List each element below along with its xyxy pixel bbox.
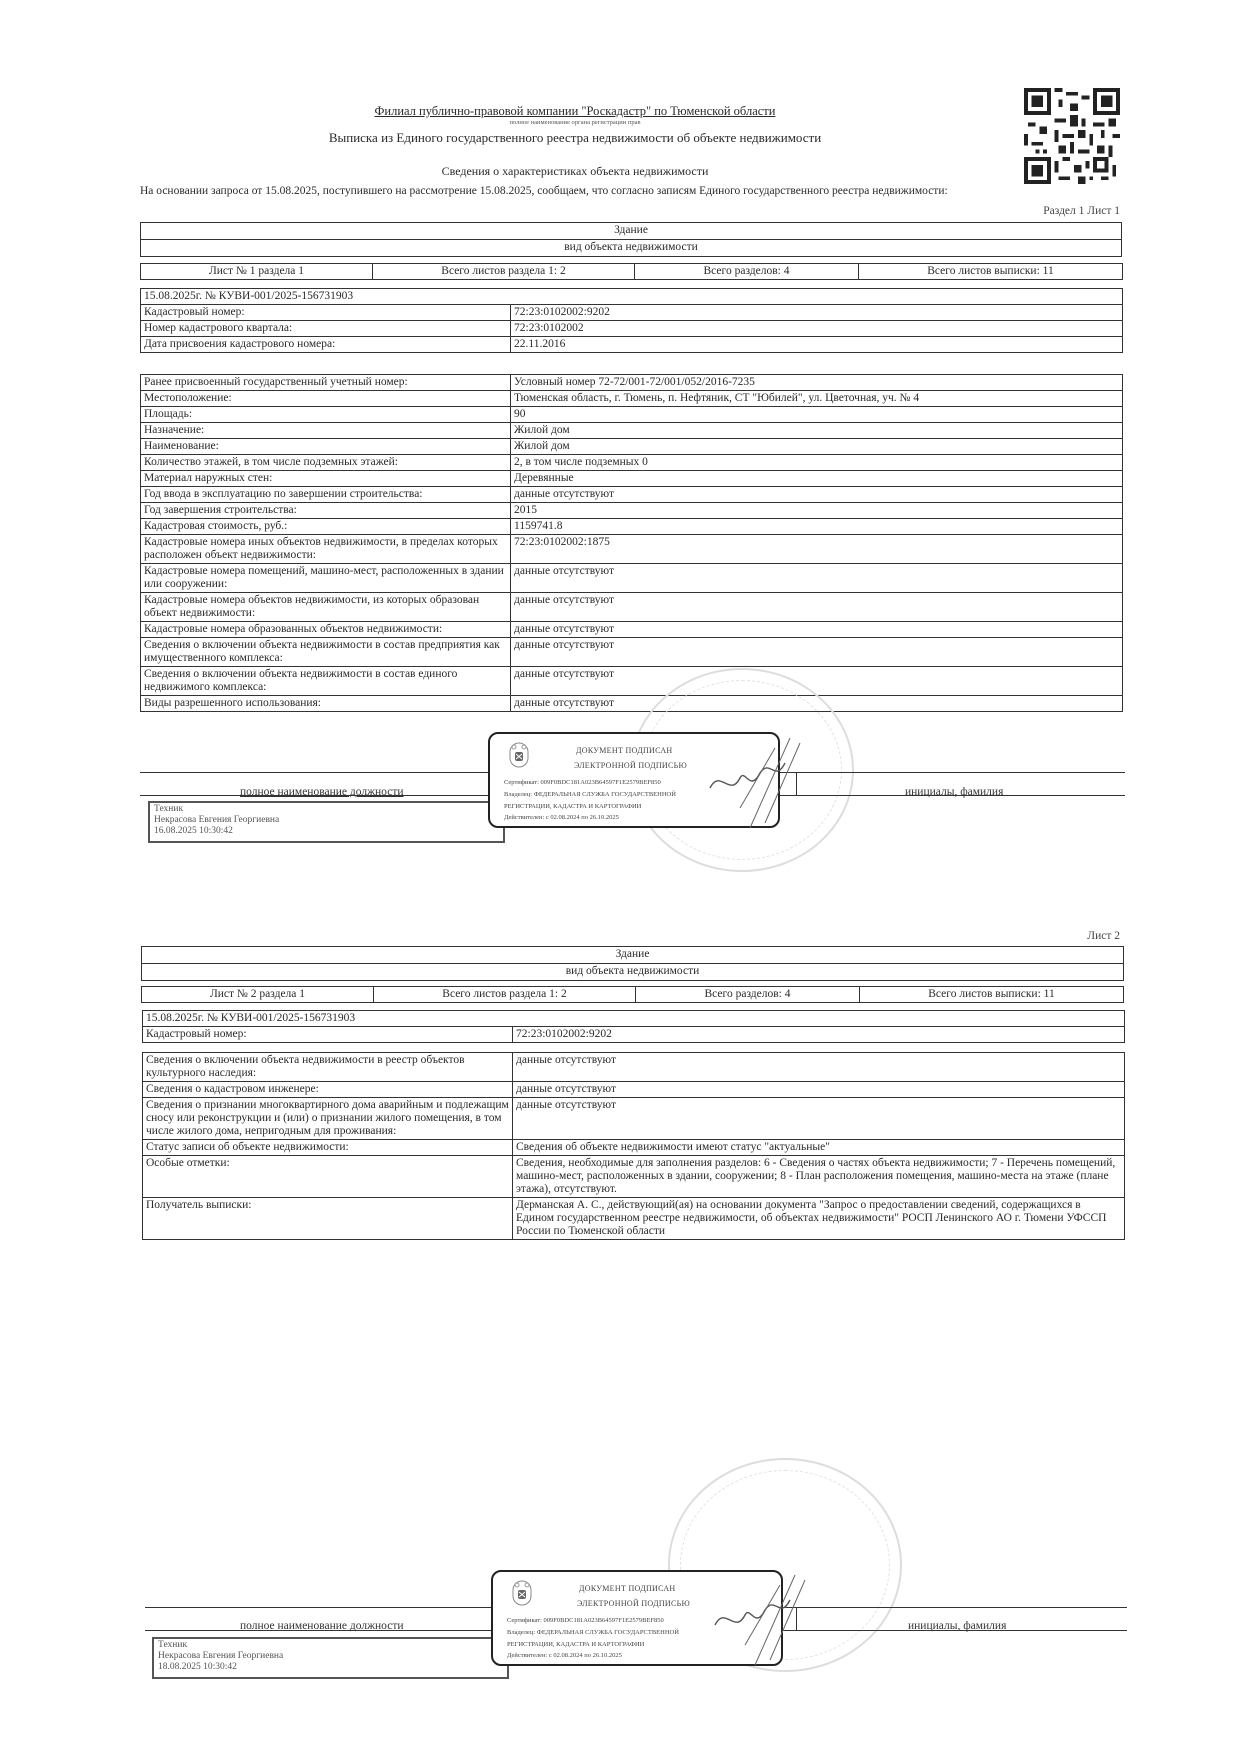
row-value: Жилой дом bbox=[511, 423, 1123, 439]
row-value: данные отсутствуют bbox=[511, 622, 1123, 638]
sheet-number: Лист № 1 раздела 1 bbox=[141, 264, 373, 280]
table-row: Виды разрешенного использования:данные о… bbox=[141, 696, 1123, 712]
object-kind-caption-page1: вид объекта недвижимости bbox=[140, 239, 1122, 257]
document-subtitle: Сведения о характеристиках объекта недви… bbox=[0, 164, 1150, 179]
row-label: Сведения о кадастровом инженере: bbox=[143, 1082, 513, 1098]
row-label: Особые отметки: bbox=[143, 1156, 513, 1198]
row-value: данные отсутствуют bbox=[513, 1098, 1125, 1140]
esig-owner-cont: РЕГИСТРАЦИИ, КАДАСТРА И КАРТОГРАФИИ bbox=[507, 1641, 644, 1648]
organization-caption: полное наименование органа регистрации п… bbox=[0, 119, 1150, 126]
position-caption: полное наименование должности bbox=[240, 1620, 404, 1632]
row-label: Сведения о включении объекта недвижимост… bbox=[141, 667, 511, 696]
table-row: Кадастровый номер:72:23:0102002:9202 bbox=[141, 305, 1123, 321]
row-value: Сведения об объекте недвижимости имеют с… bbox=[513, 1140, 1125, 1156]
initials-caption: инициалы, фамилия bbox=[908, 1620, 1006, 1632]
row-value: Сведения, необходимые для заполнения раз… bbox=[513, 1156, 1125, 1198]
row-label: Год завершения строительства: bbox=[141, 503, 511, 519]
handwritten-signature-icon bbox=[700, 728, 820, 838]
object-kind-page2: Здание bbox=[141, 946, 1124, 964]
row-value: 1159741.8 bbox=[511, 519, 1123, 535]
sections-total: Всего разделов: 4 bbox=[636, 987, 860, 1003]
row-label: Количество этажей, в том числе подземных… bbox=[141, 455, 511, 471]
table-row: Кадастровые номера помещений, машино-мес… bbox=[141, 564, 1123, 593]
row-value: 72:23:0102002 bbox=[511, 321, 1123, 337]
request-basis: На основании запроса от 15.08.2025, пост… bbox=[140, 185, 948, 197]
row-label: Виды разрешенного использования: bbox=[141, 696, 511, 712]
row-value: 72:23:0102002:9202 bbox=[511, 305, 1123, 321]
row-value: данные отсутствуют bbox=[511, 564, 1123, 593]
signer-datetime: 18.08.2025 10:30:42 bbox=[158, 1662, 503, 1673]
esig-certificate: Сертификат: 009F0BDC181A023B64597F1E2579… bbox=[504, 779, 661, 786]
ident-table-page2: 15.08.2025г. № КУВИ-001/2025-156731903 К… bbox=[142, 1010, 1125, 1043]
row-label: Сведения о включении объекта недвижимост… bbox=[141, 638, 511, 667]
esig-certificate: Сертификат: 009F0BDC181A023B64597F1E2579… bbox=[507, 1617, 664, 1624]
row-label: Кадастровый номер: bbox=[141, 305, 511, 321]
esig-validity: Действителен: с 02.08.2024 по 26.10.2025 bbox=[504, 814, 619, 821]
row-label: Кадастровые номера иных объектов недвижи… bbox=[141, 535, 511, 564]
table-row: Ранее присвоенный государственный учетны… bbox=[141, 375, 1123, 391]
document-title: Выписка из Единого государственного реес… bbox=[0, 130, 1150, 146]
row-value: Условный номер 72-72/001-72/001/052/2016… bbox=[511, 375, 1123, 391]
row-label: Кадастровый номер: bbox=[143, 1027, 513, 1043]
row-value: данные отсутствуют bbox=[511, 487, 1123, 503]
esig-subtitle: ЭЛЕКТРОННОЙ ПОДПИСЬЮ bbox=[577, 1599, 690, 1608]
esig-subtitle: ЭЛЕКТРОННОЙ ПОДПИСЬЮ bbox=[574, 761, 687, 770]
table-row: Год ввода в эксплуатацию по завершении с… bbox=[141, 487, 1123, 503]
row-value: данные отсутствуют bbox=[511, 667, 1123, 696]
table-row: Наименование:Жилой дом bbox=[141, 439, 1123, 455]
table-row: Кадастровые номера образованных объектов… bbox=[141, 622, 1123, 638]
coat-of-arms-icon bbox=[507, 1578, 537, 1608]
signer-role: Техник bbox=[154, 804, 499, 815]
row-label: Статус записи об объекте недвижимости: bbox=[143, 1140, 513, 1156]
table-row: Назначение:Жилой дом bbox=[141, 423, 1123, 439]
row-label: Номер кадастрового квартала: bbox=[141, 321, 511, 337]
table-row: Местоположение:Тюменская область, г. Тюм… bbox=[141, 391, 1123, 407]
row-value: Деревянные bbox=[511, 471, 1123, 487]
sheet-label-page1: Раздел 1 Лист 1 bbox=[1043, 205, 1120, 217]
table-row: Сведения о признании многоквартирного до… bbox=[143, 1098, 1125, 1140]
esig-title: ДОКУМЕНТ ПОДПИСАН bbox=[576, 746, 673, 755]
table-row: Номер кадастрового квартала:72:23:010200… bbox=[141, 321, 1123, 337]
characteristics-table-page1: Ранее присвоенный государственный учетны… bbox=[140, 374, 1123, 712]
sheet-info-table-page1: Лист № 1 раздела 1 Всего листов раздела … bbox=[140, 263, 1123, 280]
row-value: 2, в том числе подземных 0 bbox=[511, 455, 1123, 471]
esig-owner: Владелец: ФЕДЕРАЛЬНАЯ СЛУЖБА ГОСУДАРСТВЕ… bbox=[507, 1629, 679, 1636]
signer-role: Техник bbox=[158, 1640, 503, 1651]
qr-code-icon bbox=[1024, 88, 1120, 184]
sheet-label-page2: Лист 2 bbox=[1087, 930, 1120, 942]
row-label: Дата присвоения кадастрового номера: bbox=[141, 337, 511, 353]
table-row: Кадастровые номера иных объектов недвижи… bbox=[141, 535, 1123, 564]
row-label: Сведения о включении объекта недвижимост… bbox=[143, 1053, 513, 1082]
table-row: Особые отметки:Сведения, необходимые для… bbox=[143, 1156, 1125, 1198]
signer-datetime: 16.08.2025 10:30:42 bbox=[154, 826, 499, 837]
initials-caption: инициалы, фамилия bbox=[905, 786, 1003, 798]
extract-sheets-total: Всего листов выписки: 11 bbox=[860, 987, 1124, 1003]
object-kind-caption-page2: вид объекта недвижимости bbox=[141, 963, 1124, 981]
row-label: Местоположение: bbox=[141, 391, 511, 407]
sheet-number: Лист № 2 раздела 1 bbox=[142, 987, 374, 1003]
extract-sheets-total: Всего листов выписки: 11 bbox=[859, 264, 1123, 280]
esig-title: ДОКУМЕНТ ПОДПИСАН bbox=[579, 1584, 676, 1593]
coat-of-arms-icon bbox=[504, 740, 534, 770]
row-label: Материал наружных стен: bbox=[141, 471, 511, 487]
row-label: Наименование: bbox=[141, 439, 511, 455]
row-label: Кадастровые номера объектов недвижимости… bbox=[141, 593, 511, 622]
row-value: 90 bbox=[511, 407, 1123, 423]
row-value: Жилой дом bbox=[511, 439, 1123, 455]
section-sheets-total: Всего листов раздела 1: 2 bbox=[373, 264, 635, 280]
row-value: Дерманская А. С., действующий(ая) на осн… bbox=[513, 1198, 1125, 1240]
table-row: Год завершения строительства:2015 bbox=[141, 503, 1123, 519]
esig-owner: Владелец: ФЕДЕРАЛЬНАЯ СЛУЖБА ГОСУДАРСТВЕ… bbox=[504, 791, 676, 798]
table-row: Кадастровая стоимость, руб.:1159741.8 bbox=[141, 519, 1123, 535]
table-row: Кадастровый номер:72:23:0102002:9202 bbox=[143, 1027, 1125, 1043]
section-sheets-total: Всего листов раздела 1: 2 bbox=[374, 987, 636, 1003]
row-value: данные отсутствуют bbox=[511, 638, 1123, 667]
row-value: данные отсутствуют bbox=[511, 593, 1123, 622]
row-value: 72:23:0102002:9202 bbox=[513, 1027, 1125, 1043]
table-row: Кадастровые номера объектов недвижимости… bbox=[141, 593, 1123, 622]
table-row: Материал наружных стен:Деревянные bbox=[141, 471, 1123, 487]
signer-box: Техник Некрасова Евгения Георгиевна 16.0… bbox=[148, 801, 505, 843]
row-label: Кадастровые номера помещений, машино-мес… bbox=[141, 564, 511, 593]
row-label: Площадь: bbox=[141, 407, 511, 423]
table-row: Площадь:90 bbox=[141, 407, 1123, 423]
esig-owner-cont: РЕГИСТРАЦИИ, КАДАСТРА И КАРТОГРАФИИ bbox=[504, 803, 641, 810]
row-value: данные отсутствуют bbox=[513, 1053, 1125, 1082]
row-value: Тюменская область, г. Тюмень, п. Нефтяни… bbox=[511, 391, 1123, 407]
sheet-info-table-page2: Лист № 2 раздела 1 Всего листов раздела … bbox=[141, 986, 1124, 1003]
signer-name: Некрасова Евгения Георгиевна bbox=[158, 1651, 503, 1662]
object-kind-page1: Здание bbox=[140, 222, 1122, 240]
table-row: Получатель выписки:Дерманская А. С., дей… bbox=[143, 1198, 1125, 1240]
table-row: Сведения о кадастровом инженере:данные о… bbox=[143, 1082, 1125, 1098]
row-label: Получатель выписки: bbox=[143, 1198, 513, 1240]
row-label: Назначение: bbox=[141, 423, 511, 439]
row-value: 2015 bbox=[511, 503, 1123, 519]
table-row: Дата присвоения кадастрового номера:22.1… bbox=[141, 337, 1123, 353]
table-row: Сведения о включении объекта недвижимост… bbox=[141, 667, 1123, 696]
esig-validity: Действителен: с 02.08.2024 по 26.10.2025 bbox=[507, 1652, 622, 1659]
row-label: Сведения о признании многоквартирного до… bbox=[143, 1098, 513, 1140]
organization-name: Филиал публично-правовой компании "Роска… bbox=[0, 104, 1150, 119]
characteristics-table-page2: Сведения о включении объекта недвижимост… bbox=[142, 1052, 1125, 1240]
signer-name: Некрасова Евгения Георгиевна bbox=[154, 815, 499, 826]
record-id: 15.08.2025г. № КУВИ-001/2025-156731903 bbox=[141, 289, 1123, 305]
row-value: 22.11.2016 bbox=[511, 337, 1123, 353]
handwritten-signature-icon bbox=[705, 1565, 825, 1675]
row-label: Ранее присвоенный государственный учетны… bbox=[141, 375, 511, 391]
sections-total: Всего разделов: 4 bbox=[635, 264, 859, 280]
table-row: Сведения о включении объекта недвижимост… bbox=[141, 638, 1123, 667]
table-row: Количество этажей, в том числе подземных… bbox=[141, 455, 1123, 471]
row-label: Кадастровая стоимость, руб.: bbox=[141, 519, 511, 535]
table-row: Сведения о включении объекта недвижимост… bbox=[143, 1053, 1125, 1082]
record-id: 15.08.2025г. № КУВИ-001/2025-156731903 bbox=[143, 1011, 1125, 1027]
row-value: 72:23:0102002:1875 bbox=[511, 535, 1123, 564]
table-row: Статус записи об объекте недвижимости:Св… bbox=[143, 1140, 1125, 1156]
position-caption: полное наименование должности bbox=[240, 786, 404, 798]
row-label: Кадастровые номера образованных объектов… bbox=[141, 622, 511, 638]
row-value: данные отсутствуют bbox=[513, 1082, 1125, 1098]
signer-box: Техник Некрасова Евгения Георгиевна 18.0… bbox=[152, 1637, 509, 1679]
row-label: Год ввода в эксплуатацию по завершении с… bbox=[141, 487, 511, 503]
ident-table-page1: 15.08.2025г. № КУВИ-001/2025-156731903 К… bbox=[140, 288, 1123, 353]
